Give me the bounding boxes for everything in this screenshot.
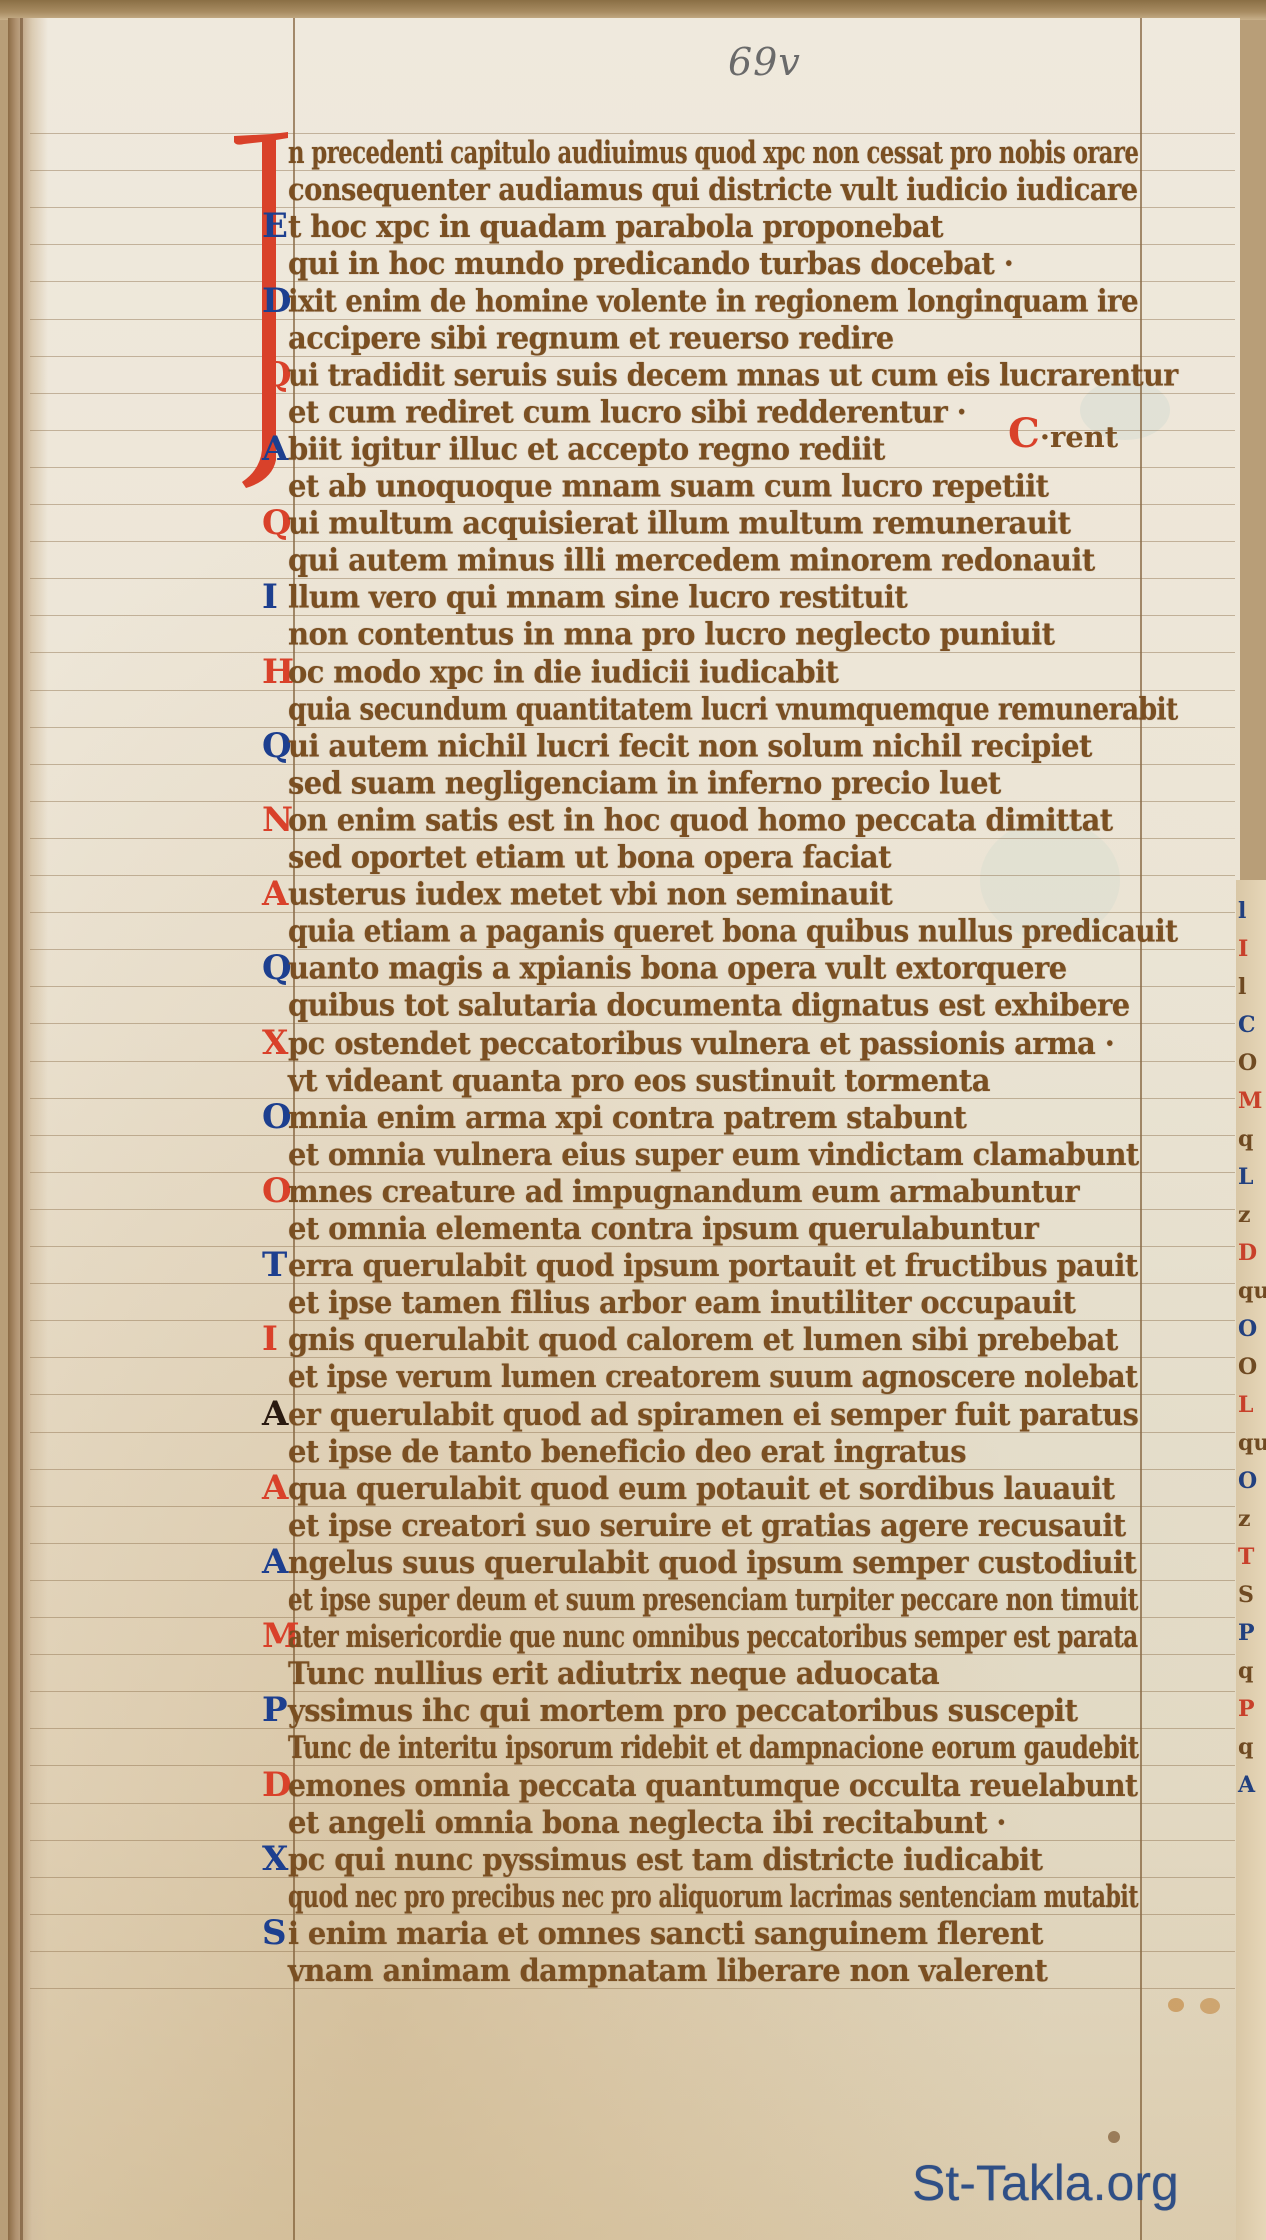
adjacent-page-letter: O bbox=[1238, 1470, 1257, 1492]
line-initial-s: S bbox=[262, 1916, 287, 1950]
text-line: usterus iudex metet vbi non seminauit bbox=[288, 880, 892, 910]
watermark: St-Takla.org bbox=[912, 2154, 1179, 2212]
adjacent-page-letter: O bbox=[1238, 1318, 1257, 1340]
line-initial-a: A bbox=[262, 1397, 288, 1431]
text-line: quibus tot salutaria documenta dignatus … bbox=[288, 991, 1130, 1021]
ruling-line bbox=[30, 1394, 1235, 1395]
ruling-line bbox=[30, 281, 1235, 282]
adjacent-page-letter: A bbox=[1238, 1774, 1255, 1796]
line-initial-a: A bbox=[262, 1471, 288, 1505]
adjacent-page-letter: P bbox=[1238, 1698, 1255, 1720]
adjacent-page-letter: P bbox=[1238, 1622, 1255, 1644]
adjacent-page-letter: q bbox=[1238, 1128, 1253, 1150]
text-line: et ipse tamen filius arbor eam inutilite… bbox=[288, 1288, 1075, 1318]
ruling-line bbox=[30, 1023, 1235, 1024]
text-line: sed suam negligenciam in inferno precio … bbox=[288, 769, 1001, 799]
text-line: quod nec pro precibus nec pro aliquorum … bbox=[288, 1882, 1138, 1912]
adjacent-page-letter: I bbox=[1238, 938, 1248, 960]
adjacent-page-letter: z bbox=[1238, 1508, 1251, 1530]
text-line: quia secundum quantitatem lucri vnumquem… bbox=[288, 695, 1178, 725]
text-line: et cum rediret cum lucro sibi redderentu… bbox=[288, 398, 966, 428]
catchword-initial: C bbox=[1008, 410, 1040, 457]
text-line: et ipse verum lumen creatorem suum agnos… bbox=[288, 1362, 1137, 1392]
catchword: C·rent bbox=[1008, 410, 1118, 457]
line-initial-a: A bbox=[262, 432, 288, 466]
adjacent-page-letter: C bbox=[1238, 1014, 1256, 1036]
text-line: on enim satis est in hoc quod homo pecca… bbox=[288, 806, 1113, 836]
text-line: et ipse de tanto beneficio deo erat ingr… bbox=[288, 1437, 966, 1467]
text-line: mnes creature ad impugnandum eum armabun… bbox=[288, 1177, 1079, 1207]
line-initial-t: T bbox=[262, 1248, 287, 1282]
text-line: qui in hoc mundo predicando turbas doceb… bbox=[288, 249, 1013, 279]
ruling-line bbox=[30, 1988, 1235, 1989]
line-initial-a: A bbox=[262, 1545, 288, 1579]
line-initial-x: X bbox=[262, 1026, 288, 1060]
text-line: vnam animam dampnatam liberare non valer… bbox=[288, 1956, 1047, 1986]
text-line: vt videant quanta pro eos sustinuit torm… bbox=[288, 1066, 990, 1096]
line-initial-p: P bbox=[262, 1693, 288, 1727]
adjacent-page-letter: O bbox=[1238, 1356, 1257, 1378]
text-line: pc ostendet peccatoribus vulnera et pass… bbox=[288, 1029, 1114, 1059]
adjacent-page-letter: S bbox=[1238, 1584, 1254, 1606]
text-line: Tunc de interitu ipsorum ridebit et damp… bbox=[288, 1733, 1139, 1763]
text-line: gnis querulabit quod calorem et lumen si… bbox=[288, 1325, 1118, 1355]
adjacent-page-letter: M bbox=[1238, 1090, 1262, 1112]
adjacent-page-letter: qu bbox=[1238, 1280, 1266, 1302]
text-line: qua querulabit quod eum potauit et sordi… bbox=[288, 1474, 1114, 1504]
text-line: uanto magis a xpianis bona opera vult ex… bbox=[288, 954, 1067, 984]
adjacent-page-letter: q bbox=[1238, 1736, 1253, 1758]
text-line: et ipse creatori suo seruire et gratias … bbox=[288, 1511, 1126, 1541]
binding-edge-line bbox=[20, 18, 23, 2240]
line-initial-i: I bbox=[262, 580, 278, 614]
text-line: n precedenti capitulo audiuimus quod xpc… bbox=[288, 138, 1138, 168]
text-line: et ipse super deum et suum presenciam tu… bbox=[288, 1585, 1138, 1615]
text-line: llum vero qui mnam sine lucro restituit bbox=[288, 583, 907, 613]
ruling-line bbox=[30, 652, 1235, 653]
text-line: qui autem minus illi mercedem minorem re… bbox=[288, 546, 1095, 576]
binding-gutter bbox=[8, 18, 48, 2240]
adjacent-page-letter: l bbox=[1238, 900, 1246, 922]
text-line: oc modo xpc in die iudicii iudicabit bbox=[288, 658, 838, 688]
adjacent-page-letter: L bbox=[1238, 1394, 1253, 1416]
text-line: emones omnia peccata quantumque occulta … bbox=[288, 1771, 1137, 1801]
stain-spot bbox=[1108, 2131, 1120, 2143]
line-initial-a: A bbox=[262, 877, 288, 911]
text-line: ui multum acquisierat illum multum remun… bbox=[288, 509, 1070, 539]
text-line: Tunc nullius erit adiutrix neque aduocat… bbox=[288, 1659, 939, 1689]
adjacent-page-letter: l bbox=[1238, 976, 1246, 998]
text-line: sed oportet etiam ut bona opera faciat bbox=[288, 843, 891, 873]
adjacent-page-letter: qu bbox=[1238, 1432, 1266, 1454]
text-line: ixit enim de homine volente in regionem … bbox=[288, 287, 1138, 317]
adjacent-page-letter: L bbox=[1238, 1166, 1253, 1188]
text-line: t hoc xpc in quadam parabola proponebat bbox=[288, 212, 943, 242]
text-line: ui autem nichil lucri fecit non solum ni… bbox=[288, 732, 1092, 762]
adjacent-page-letter: O bbox=[1238, 1052, 1257, 1074]
text-line: accipere sibi regnum et reuerso redire bbox=[288, 324, 894, 354]
stain-spot bbox=[1200, 1998, 1220, 2014]
line-initial-i: I bbox=[262, 1322, 278, 1356]
text-line: er querulabit quod ad spiramen ei semper… bbox=[288, 1400, 1138, 1430]
text-line: et omnia elementa contra ipsum querulabu… bbox=[288, 1214, 1038, 1244]
text-line: quia etiam a paganis queret bona quibus … bbox=[288, 917, 1177, 947]
text-line: pc qui nunc pyssimus est tam districte i… bbox=[288, 1845, 1042, 1875]
text-line: i enim maria et omnes sancti sanguinem f… bbox=[288, 1919, 1043, 1949]
adjacent-page-letter: q bbox=[1238, 1660, 1253, 1682]
ruling-line bbox=[30, 1765, 1235, 1766]
page-top-edge bbox=[0, 0, 1266, 20]
adjacent-page-letter: z bbox=[1238, 1204, 1251, 1226]
line-initial-e: E bbox=[262, 209, 288, 243]
line-initial-x: X bbox=[262, 1842, 288, 1876]
text-line: non contentus in mna pro lucro neglecto … bbox=[288, 620, 1054, 650]
text-line: et ab unoquoque mnam suam cum lucro repe… bbox=[288, 472, 1048, 502]
text-line: yssimus ihc qui mortem pro peccatoribus … bbox=[288, 1696, 1077, 1726]
ruling-line bbox=[1140, 18, 1142, 2240]
text-line: et angeli omnia bona neglecta ibi recita… bbox=[288, 1808, 1006, 1838]
text-line: ngelus suus querulabit quod ipsum semper… bbox=[288, 1548, 1136, 1578]
text-line: consequenter audiamus qui districte vult… bbox=[288, 175, 1138, 205]
text-line: biit igitur illuc et accepto regno redii… bbox=[288, 435, 885, 465]
adjacent-page-letter: D bbox=[1238, 1242, 1257, 1264]
text-line: mnia enim arma xpi contra patrem stabunt bbox=[288, 1103, 966, 1133]
text-line: ater misericordie que nunc omnibus pecca… bbox=[288, 1622, 1138, 1652]
adjacent-page-letter: T bbox=[1238, 1546, 1254, 1568]
text-line: ui tradidit seruis suis decem mnas ut cu… bbox=[288, 361, 1178, 391]
text-line: erra querulabit quod ipsum portauit et f… bbox=[288, 1251, 1138, 1281]
folio-number: 69v bbox=[728, 40, 801, 84]
stain-spot bbox=[1168, 1998, 1184, 2012]
catchword-text: ·rent bbox=[1040, 420, 1118, 454]
adjacent-page-edge: lIlCOMqLzDquOOLquOzTSPqPqA bbox=[1236, 880, 1266, 2240]
text-line: et omnia vulnera eius super eum vindicta… bbox=[288, 1140, 1139, 1170]
